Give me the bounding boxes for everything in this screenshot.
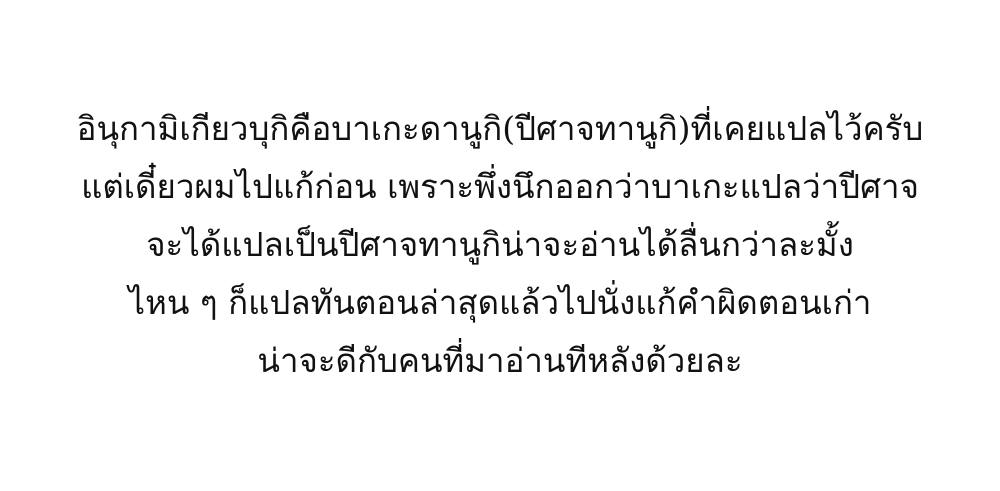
translator-note: อินุกามิเกียวบุกิคือบาเกะดานูกิ(ปีศาจทาน… — [0, 100, 1000, 390]
note-line-1: อินุกามิเกียวบุกิคือบาเกะดานูกิ(ปีศาจทาน… — [0, 100, 1000, 158]
note-line-4: ไหน ๆ ก็แปลทันตอนล่าสุดแล้วไปนั่งแก้คำผิ… — [0, 274, 1000, 332]
note-line-2: แต่เดี๋ยวผมไปแก้ก่อน เพราะพึ่งนึกออกว่าบ… — [0, 158, 1000, 216]
note-line-3: จะได้แปลเป็นปีศาจทานูกิน่าจะอ่านได้ลื่นก… — [0, 216, 1000, 274]
note-line-5: น่าจะดีกับคนที่มาอ่านทีหลังด้วยละ — [0, 332, 1000, 390]
